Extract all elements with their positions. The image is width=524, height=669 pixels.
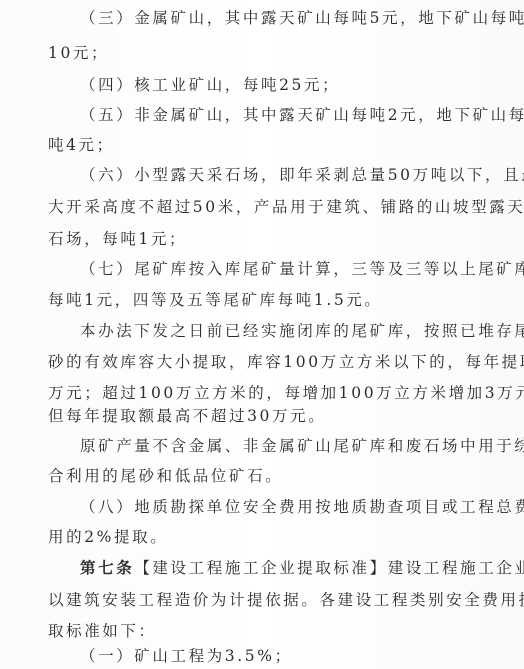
- text-line: （八）地质勘探单位安全费用按地质勘查项目或工程总费: [80, 497, 472, 517]
- text-line: （四）核工业矿山，每吨25元；: [80, 75, 472, 95]
- text-line: 但每年提取额最高不超过30万元。: [48, 406, 472, 426]
- article-number: 第七条: [80, 558, 134, 577]
- text-line: （六）小型露天采石场，即年采剥总量50万吨以下，且最: [80, 165, 472, 185]
- text-line: 以建筑安装工程造价为计提依据。各建设工程类别安全费用提: [48, 590, 472, 610]
- text-line: 吨4元；: [48, 135, 472, 155]
- text-line: 石场，每吨1元；: [48, 229, 472, 249]
- text-line: 大开采高度不超过50米，产品用于建筑、铺路的山坡型露天采: [48, 197, 472, 217]
- text-line: 每吨1元，四等及五等尾矿库每吨1.5元。: [48, 290, 472, 310]
- text-line: 用的2%提取。: [48, 527, 472, 547]
- text-line: 本办法下发之日前已经实施闭库的尾矿库，按照已堆存尾: [80, 321, 472, 341]
- text-line: 砂的有效库容大小提取，库容100万立方米以下的，每年提取5: [48, 352, 472, 372]
- article-text: 【建设工程施工企业提取标准】建设工程施工企业: [134, 559, 524, 577]
- document-page: （三）金属矿山，其中露天矿山每吨5元，地下矿山每吨 10元； （四）核工业矿山，…: [0, 0, 524, 669]
- text-line: （一）矿山工程为3.5%；: [80, 646, 472, 666]
- text-line: 万元；超过100万立方米的，每增加100万立方米增加3万元，: [48, 383, 472, 403]
- text-line: （五）非金属矿山，其中露天矿山每吨2元，地下矿山每: [80, 105, 472, 125]
- text-line: 合利用的尾砂和低品位矿石。: [48, 466, 472, 486]
- text-line: （三）金属矿山，其中露天矿山每吨5元，地下矿山每吨: [80, 8, 472, 28]
- text-line: 10元；: [48, 43, 472, 63]
- text-line: 取标准如下：: [48, 621, 472, 641]
- article-heading-line: 第七条【建设工程施工企业提取标准】建设工程施工企业: [80, 558, 472, 578]
- text-line: （七）尾矿库按入库尾矿量计算，三等及三等以上尾矿库: [80, 259, 472, 279]
- text-line: 原矿产量不含金属、非金属矿山尾矿库和废石场中用于综: [80, 436, 472, 456]
